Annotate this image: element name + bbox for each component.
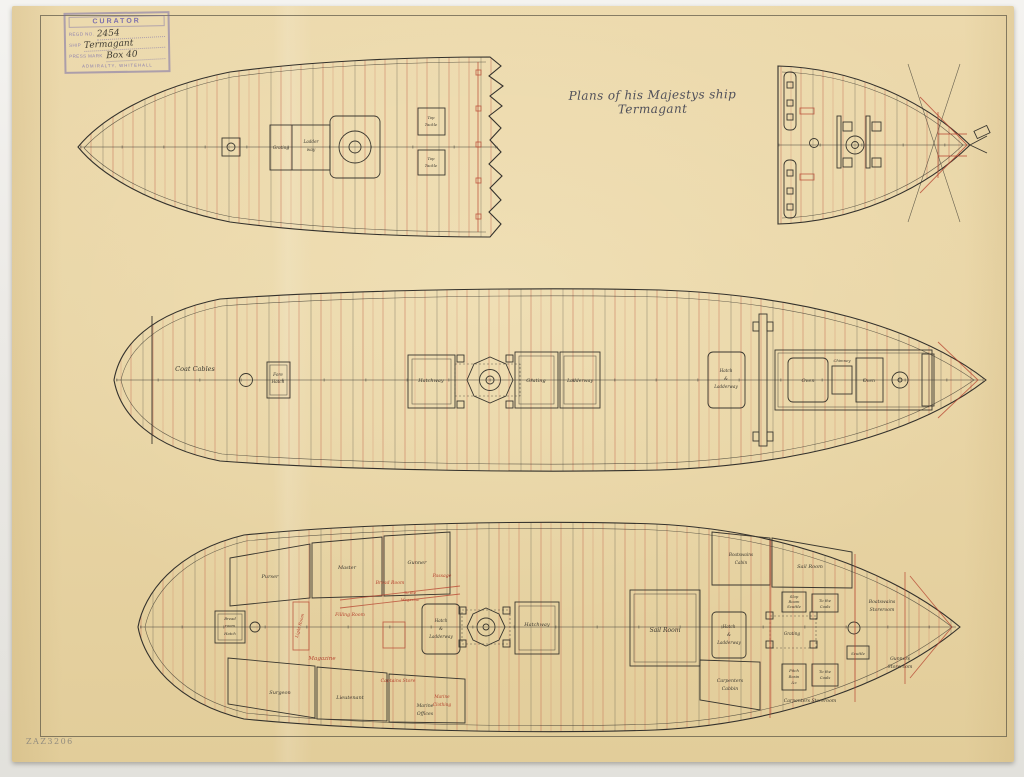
scuttle-label: Top — [428, 156, 436, 161]
deckhouse-label: Grating — [273, 145, 290, 150]
bread-hatch-label: room — [225, 623, 235, 628]
boatswains-cabin-label: Cabin — [735, 560, 748, 565]
sail-room-aft-label: Sail Room — [797, 564, 823, 570]
grating-label: Grating — [526, 378, 545, 384]
carpenters-cabin-label: Carpenters — [717, 678, 744, 684]
fore-hatch-label: Fore — [272, 372, 283, 377]
oven-label: Oven — [863, 378, 875, 384]
to-magazine-label: To the — [404, 590, 417, 595]
document-title: Plans of his Majestys ship Termagant — [545, 87, 760, 117]
coals-aft-label: Coals — [820, 675, 831, 680]
marine-clothing-label: Marine — [433, 694, 450, 699]
platform-deck-plan: Purser Master Gunner Surgeon Lieutenant … — [110, 510, 990, 745]
ladderway-label: way — [307, 147, 316, 152]
boatswains-storeroom-label: Boatswains — [868, 599, 896, 605]
hatch-ladderway-label: & — [439, 626, 443, 631]
bread-room-label: Bread Room — [375, 580, 405, 586]
hatch-ladderway-label: & — [724, 376, 728, 381]
coals-label: To the — [819, 598, 832, 603]
rudder-head — [970, 125, 990, 153]
hatch-ladderway-aft-label: Ladderway — [716, 640, 741, 645]
captains-store-label: Captains Store — [381, 678, 416, 684]
hatch-ladderway-label: Ladderway — [428, 634, 453, 639]
lower-deck-plan: Coat Cables Fore Hatch Hatchway Gratin — [100, 280, 1000, 485]
fore-hatch-label: Hatch — [271, 379, 285, 384]
cable-tier-label: Coat Cables — [175, 365, 215, 373]
passage-label: Passage — [432, 573, 452, 579]
gunners-storeroom-label: Gunners — [890, 656, 910, 662]
scanned-ship-plan: CURATOR Regd No. 2454 Ship Termagant Pre… — [0, 0, 1024, 777]
fore-upper-deck-plan: Grating Ladder way Top Tackle Top Tackle — [60, 48, 530, 245]
coals-label: Coals — [820, 604, 831, 609]
pitch-locker-label: Pitch — [788, 668, 799, 673]
stamp-field-label: Regd No. — [69, 31, 95, 36]
bread-hatch-label: Hatch — [223, 631, 236, 636]
boatswains-storeroom-label: Storeroom — [870, 607, 895, 613]
hatchway-label: Hatchway — [523, 622, 550, 628]
magazine-label: Magazine — [307, 656, 336, 662]
oven-label: Oven — [801, 378, 814, 384]
ladderway-label: Ladderway — [566, 378, 593, 384]
pitch-locker-label: Rosin — [788, 674, 800, 679]
to-magazine-label: Magazine — [400, 597, 421, 602]
hatch-ladderway-aft-label: Hatch — [722, 624, 736, 629]
hatch-ladderway-label: Ladderway — [713, 384, 738, 389]
aft-upper-deck-plan — [770, 52, 995, 237]
boatswains-cabin-label: Boatswains — [728, 552, 753, 557]
master-cabin-label: Master — [337, 565, 357, 571]
chimney-label: Chimney — [833, 358, 851, 363]
marine-clothing-label: Clothing — [433, 702, 451, 707]
sail-room-label: Sail Room — [650, 627, 681, 634]
scuttle-label: Top — [428, 115, 436, 120]
marine-offices-label: Offices — [417, 711, 434, 717]
lieutenant-cabin-label: Lieutenant — [335, 695, 364, 701]
scuttle-label: Tackle — [425, 163, 438, 168]
ladderway-label: Ladder — [302, 139, 319, 144]
carpenters-storeroom-label: Carpenters Storeroom — [784, 698, 837, 704]
marine-offices-label: Marine — [416, 703, 434, 709]
hatch-ladderway-label: Hatch — [434, 618, 448, 623]
gunner-cabin-label: Gunner — [407, 560, 427, 566]
hatch-ladderway-label: Hatch — [719, 368, 733, 373]
scuttle-label: Tackle — [425, 122, 438, 127]
pencil-reference: ZAZ3206 — [26, 737, 74, 746]
gunners-storeroom-label: Storeroom — [888, 664, 913, 670]
surgeon-cabin-label: Surgeon — [269, 690, 290, 696]
hatchway-label: Hatchway — [417, 378, 444, 384]
carpenters-cabin-label: Cabbin — [722, 686, 739, 692]
stamp-header: CURATOR — [69, 15, 165, 28]
slop-scuttle-label: Scuttle — [787, 604, 801, 609]
hatch-ladderway-aft-label: & — [727, 632, 731, 637]
bread-hatch-label: Bread — [223, 616, 236, 621]
pitch-locker-label: &c — [791, 680, 797, 685]
scuttle-label: Scuttle — [851, 651, 865, 656]
coals-aft-label: To the — [819, 669, 832, 674]
filling-room-label: Filling Room — [334, 612, 365, 618]
grating-aft-label: Grating — [784, 631, 801, 636]
purser-cabin-label: Purser — [261, 574, 279, 580]
